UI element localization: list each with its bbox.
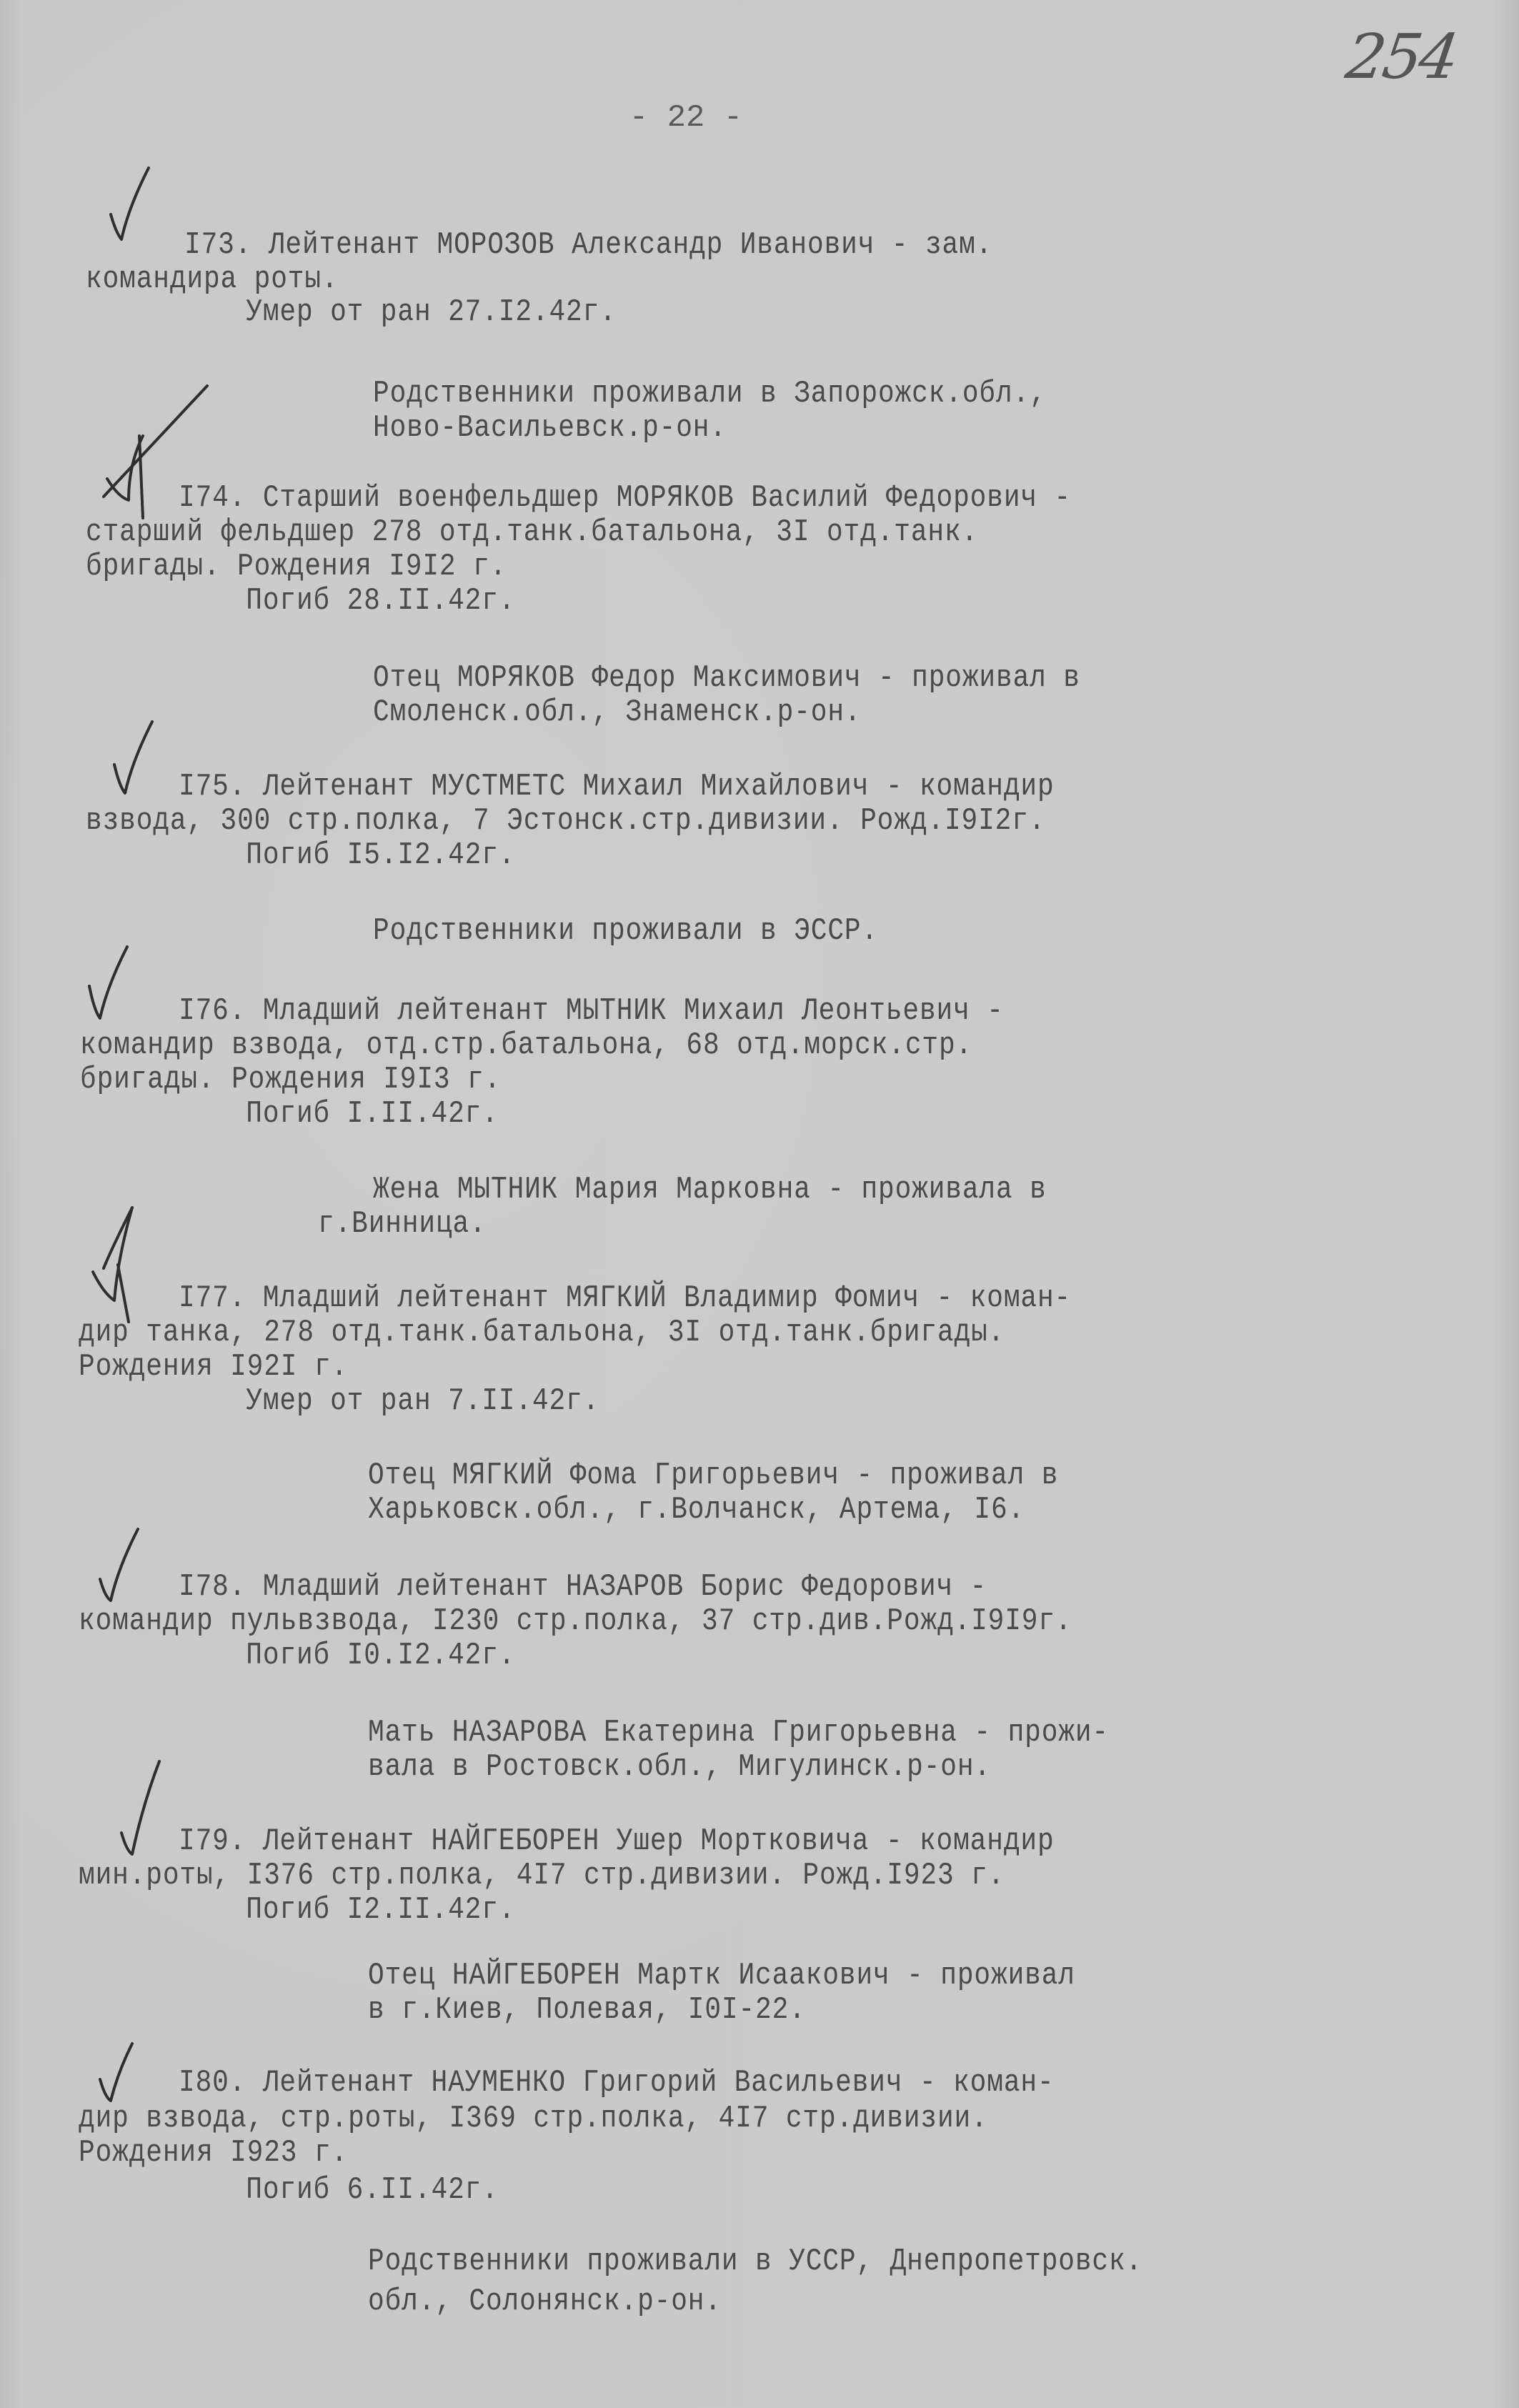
entry-line: I75. Лейтенант МУСТМЕТС Михаил Михайлови…: [179, 769, 1055, 805]
entry-line: I78. Младший лейтенант НАЗАРОВ Борис Фед…: [179, 1569, 987, 1605]
page-number: - 22 -: [0, 100, 1372, 136]
entry-line: I76. Младший лейтенант МЫТНИК Михаил Лео…: [179, 993, 1004, 1029]
entry-line: Погиб I.II.42г.: [179, 1096, 499, 1132]
relatives-line: Жена МЫТНИК Мария Марковна - проживала в: [373, 1172, 1047, 1208]
relatives-line: Родственники проживали в ЭССР.: [373, 913, 878, 949]
folio-number-handwritten: 254: [1342, 21, 1460, 93]
entry-line: Погиб 6.II.42г.: [179, 2172, 499, 2208]
entry-line: I80. Лейтенант НАУМЕНКО Григорий Василье…: [179, 2065, 1055, 2101]
check-mark-icon: [111, 722, 154, 800]
entry-line: Рождения I92I г.: [79, 1349, 348, 1385]
entry-line: Погиб I2.II.42г.: [179, 1892, 515, 1928]
relatives-line: Родственники проживали в УССР, Днепропет…: [368, 2244, 1142, 2279]
entry-line: I74. Старший военфельдшер МОРЯКОВ Васили…: [179, 480, 1071, 516]
relatives-line: в г.Киев, Полевая, I0I-22.: [368, 1992, 806, 2028]
entry-line: I73. Лейтенант МОРОЗОВ Александр Иванови…: [184, 227, 992, 263]
entry-line: Умер от ран 27.I2.42г.: [179, 294, 617, 330]
relatives-line: вала в Ростовск.обл., Мигулинск.р-он.: [368, 1749, 991, 1785]
entry-line: Погиб I5.I2.42г.: [179, 837, 515, 873]
document-page: 254 - 22 - I73. Лейтенант МОРОЗОВ Алекса…: [0, 0, 1519, 2408]
entry-line: командира роты.: [86, 262, 339, 297]
entry-line: I79. Лейтенант НАЙГЕБОРЕН Ушер Морткович…: [179, 1824, 1055, 1859]
entry-line: старший фельдшер 278 отд.танк.батальона,…: [86, 514, 978, 550]
crossed-check-mark-icon: [89, 1208, 175, 1322]
check-mark-icon: [96, 1529, 139, 1608]
relatives-line: Смоленск.обл., Знаменск.р-он.: [373, 695, 861, 730]
entry-line: дир взвода, стр.роты, I369 стр.полка, 4I…: [79, 2101, 988, 2136]
entry-line: I77. Младший лейтенант МЯГКИЙ Владимир Ф…: [179, 1280, 1071, 1316]
check-mark-icon: [107, 168, 150, 247]
relatives-line: г.Винница.: [318, 1206, 487, 1242]
entry-line: Умер от ран 7.II.42г.: [179, 1383, 599, 1419]
entry-line: мин.роты, I376 стр.полка, 4I7 стр.дивизи…: [79, 1858, 1005, 1894]
relatives-line: Отец МОРЯКОВ Федор Максимович - проживал…: [373, 660, 1080, 696]
entry-line: бригады. Рождения I9I2 г.: [86, 549, 507, 584]
entry-line: командир взвода, отд.стр.батальона, 68 о…: [80, 1028, 972, 1063]
entry-line: взвода, 300 стр.полка, 7 Эстонск.стр.див…: [86, 803, 1045, 839]
check-mark-icon: [86, 947, 129, 1025]
check-mark-icon: [118, 1761, 161, 1861]
relatives-line: Ново-Васильевск.р-он.: [373, 410, 727, 446]
check-mark-icon: [96, 2044, 139, 2104]
relatives-line: Отец НАЙГЕБОРЕН Мартк Исаакович - прожив…: [368, 1958, 1075, 1994]
entry-line: дир танка, 278 отд.танк.батальона, 3I от…: [79, 1315, 1005, 1350]
relatives-line: Мать НАЗАРОВА Екатерина Григорьевна - пр…: [368, 1715, 1109, 1751]
entry-line: Погиб I0.I2.42г.: [179, 1638, 515, 1673]
relatives-line: Родственники проживали в Запорожск.обл.,: [373, 376, 1047, 412]
relatives-line: Харьковск.обл., г.Волчанск, Артема, I6.: [368, 1492, 1025, 1528]
entry-line: командир пульвзвода, I230 стр.полка, 37 …: [79, 1603, 1072, 1639]
entry-line: бригады. Рождения I9I3 г.: [80, 1062, 501, 1098]
entry-line: Рождения I923 г.: [79, 2135, 348, 2171]
relatives-line: Отец МЯГКИЙ Фома Григорьевич - проживал …: [368, 1458, 1058, 1493]
relatives-line: обл., Солонянск.р-он.: [368, 2284, 722, 2319]
entry-line: Погиб 28.II.42г.: [179, 583, 515, 619]
